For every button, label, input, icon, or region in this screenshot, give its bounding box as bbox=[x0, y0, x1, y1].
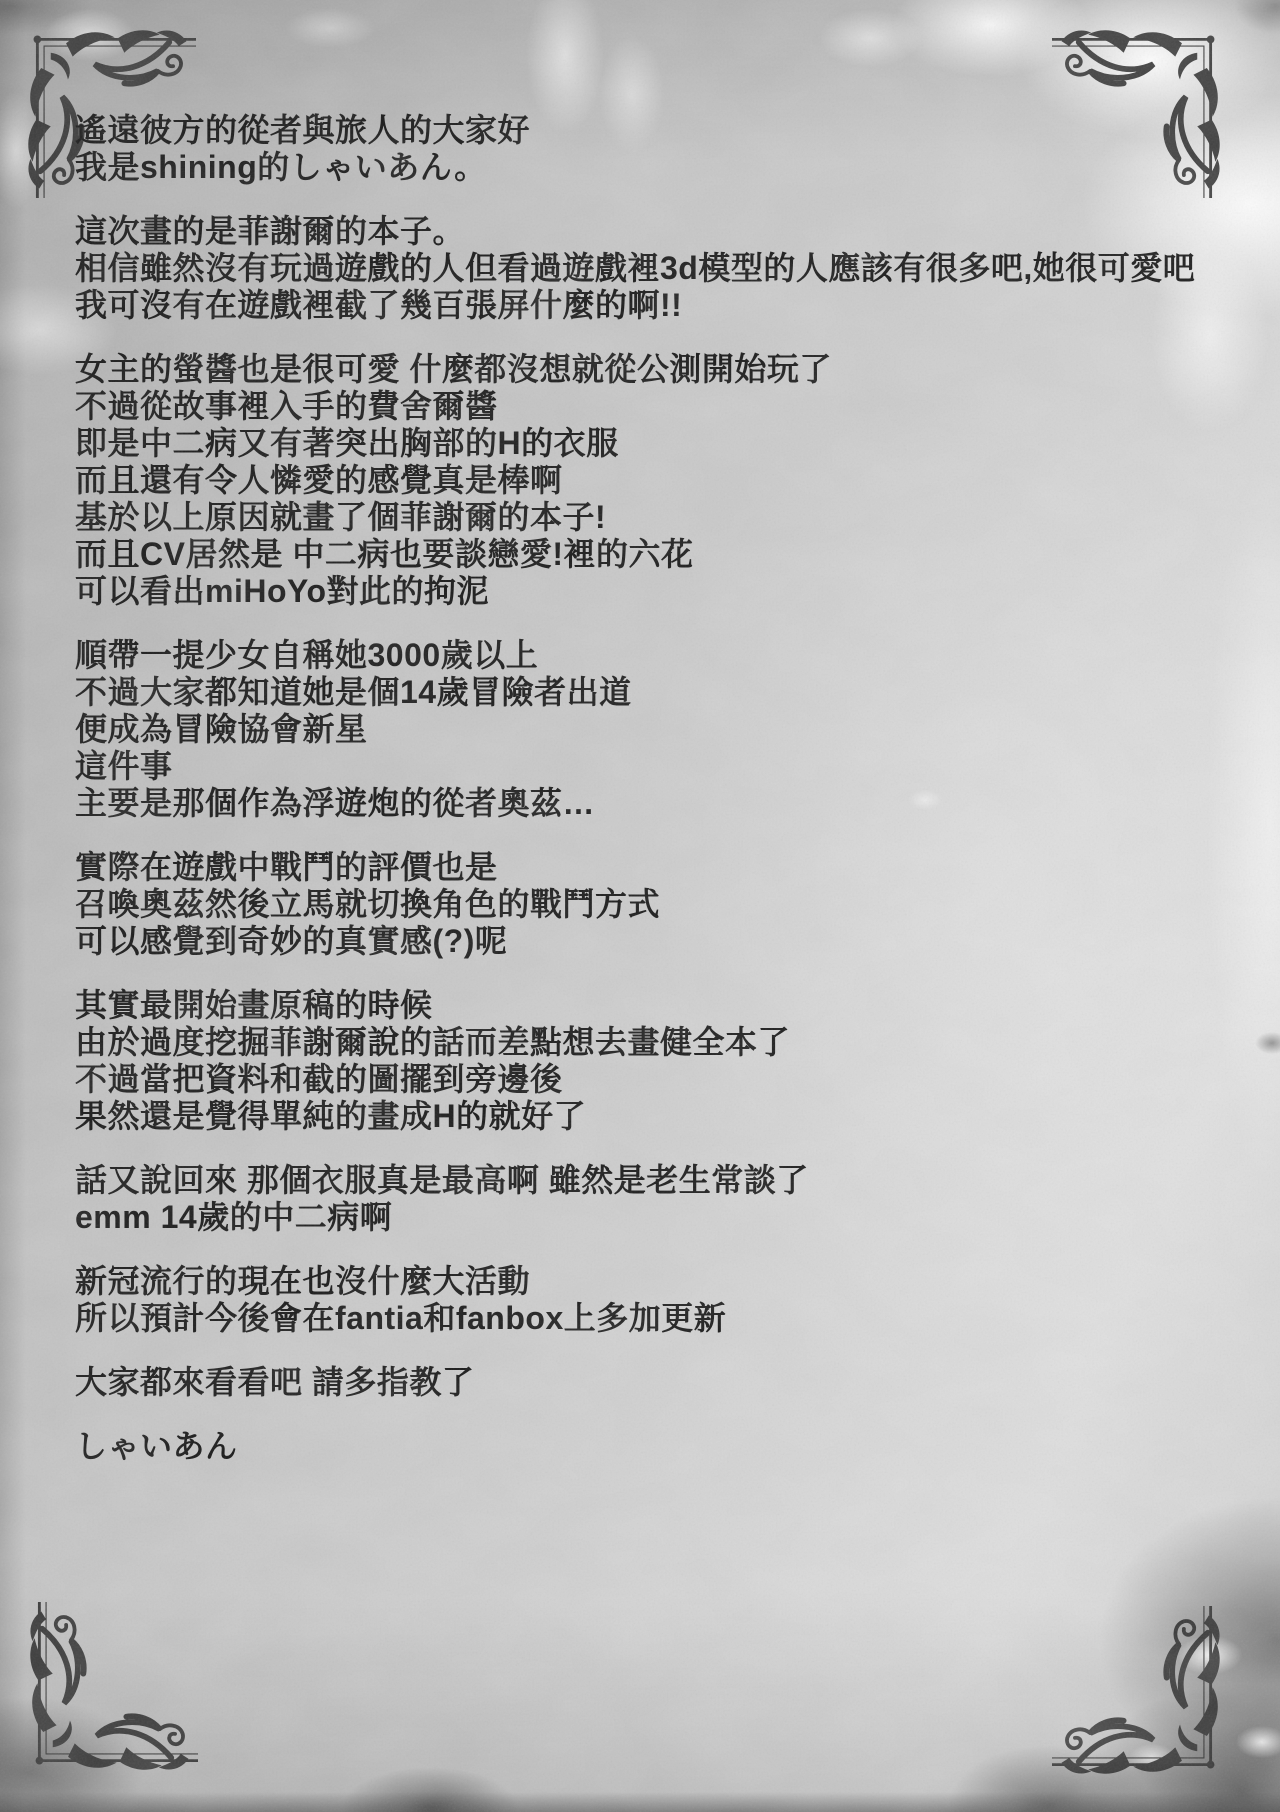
paragraph-drafting: 其實最開始畫原稿的時候 由於過度挖掘菲謝爾說的話而差點想去畫健全本了 不過當把資… bbox=[75, 987, 1244, 1135]
corner-flourish-bottom-left bbox=[26, 1602, 198, 1774]
paragraph-age-trivia: 順帶一提少女自稱她3000歲以上 不過大家都知道她是個14歲冒險者出道 便成為冒… bbox=[75, 637, 1244, 822]
text-line: 我是shining的しゃいあん。 bbox=[75, 149, 1244, 186]
text-line: 女主的螢醬也是很可愛 什麼都沒想就從公測開始玩了 bbox=[75, 351, 1244, 388]
text-line: 相信雖然沒有玩過遊戲的人但看過遊戲裡3d模型的人應該有很多吧,她很可愛吧 bbox=[75, 250, 1244, 287]
scanned-afterword-page: 遙遠彼方的從者與旅人的大家好 我是shining的しゃいあん。 這次畫的是菲謝爾… bbox=[0, 0, 1280, 1812]
text-line: 主要是那個作為浮遊炮的從者奧茲… bbox=[75, 785, 1244, 822]
signature-line: しゃいあん bbox=[75, 1428, 1244, 1465]
text-line: 這件事 bbox=[75, 748, 1244, 785]
text-line: 不過大家都知道她是個14歲冒險者出道 bbox=[75, 674, 1244, 711]
text-line: 話又說回來 那個衣服真是最高啊 雖然是老生常談了 bbox=[75, 1162, 1244, 1199]
text-line: 而且CV居然是 中二病也要談戀愛!裡的六花 bbox=[75, 536, 1244, 573]
text-line: しゃいあん bbox=[75, 1428, 1244, 1465]
text-line: 便成為冒險協會新星 bbox=[75, 711, 1244, 748]
text-line: 由於過度挖掘菲謝爾說的話而差點想去畫健全本了 bbox=[75, 1024, 1244, 1061]
paragraph-outfit: 話又說回來 那個衣服真是最高啊 雖然是老生常談了 emm 14歲的中二病啊 bbox=[75, 1162, 1244, 1236]
text-line: 可以看出miHoYo對此的拘泥 bbox=[75, 573, 1244, 610]
text-line: 而且還有令人憐愛的感覺真是棒啊 bbox=[75, 462, 1244, 499]
text-line: 這次畫的是菲謝爾的本子。 bbox=[75, 213, 1244, 250]
text-line: 我可沒有在遊戲裡截了幾百張屏什麼的啊!! bbox=[75, 287, 1244, 324]
text-line: 其實最開始畫原稿的時候 bbox=[75, 987, 1244, 1024]
paragraph-character: 女主的螢醬也是很可愛 什麼都沒想就從公測開始玩了 不過從故事裡入手的費舍爾醬 即… bbox=[75, 351, 1244, 610]
text-line: 所以預計今後會在fantia和fanbox上多加更新 bbox=[75, 1300, 1244, 1337]
text-line: 即是中二病又有著突出胸部的H的衣服 bbox=[75, 425, 1244, 462]
text-line: 可以感覺到奇妙的真實感(?)呢 bbox=[75, 923, 1244, 960]
corner-flourish-bottom-right bbox=[1052, 1606, 1224, 1778]
paragraph-gameplay: 實際在遊戲中戰鬥的評價也是 召喚奧茲然後立馬就切換角色的戰鬥方式 可以感覺到奇妙… bbox=[75, 849, 1244, 960]
text-line: 不過當把資料和截的圖擺到旁邊後 bbox=[75, 1061, 1244, 1098]
text-line: 召喚奧茲然後立馬就切換角色的戰鬥方式 bbox=[75, 886, 1244, 923]
text-line: 基於以上原因就畫了個菲謝爾的本子! bbox=[75, 499, 1244, 536]
text-line: 不過從故事裡入手的費舍爾醬 bbox=[75, 388, 1244, 425]
text-line: emm 14歲的中二病啊 bbox=[75, 1199, 1244, 1236]
paragraph-updates: 新冠流行的現在也沒什麼大活動 所以預計今後會在fantia和fanbox上多加更… bbox=[75, 1263, 1244, 1337]
paragraph-intro: 這次畫的是菲謝爾的本子。 相信雖然沒有玩過遊戲的人但看過遊戲裡3d模型的人應該有… bbox=[75, 213, 1244, 324]
text-line: 大家都來看看吧 請多指教了 bbox=[75, 1364, 1244, 1401]
text-line: 新冠流行的現在也沒什麼大活動 bbox=[75, 1263, 1244, 1300]
text-line: 遙遠彼方的從者與旅人的大家好 bbox=[75, 112, 1244, 149]
afterword-text: 遙遠彼方的從者與旅人的大家好 我是shining的しゃいあん。 這次畫的是菲謝爾… bbox=[75, 112, 1244, 1492]
paragraph-greeting: 遙遠彼方的從者與旅人的大家好 我是shining的しゃいあん。 bbox=[75, 112, 1244, 186]
text-line: 順帶一提少女自稱她3000歲以上 bbox=[75, 637, 1244, 674]
paragraph-closing: 大家都來看看吧 請多指教了 bbox=[75, 1364, 1244, 1401]
text-line: 果然還是覺得單純的畫成H的就好了 bbox=[75, 1098, 1244, 1135]
text-line: 實際在遊戲中戰鬥的評價也是 bbox=[75, 849, 1244, 886]
